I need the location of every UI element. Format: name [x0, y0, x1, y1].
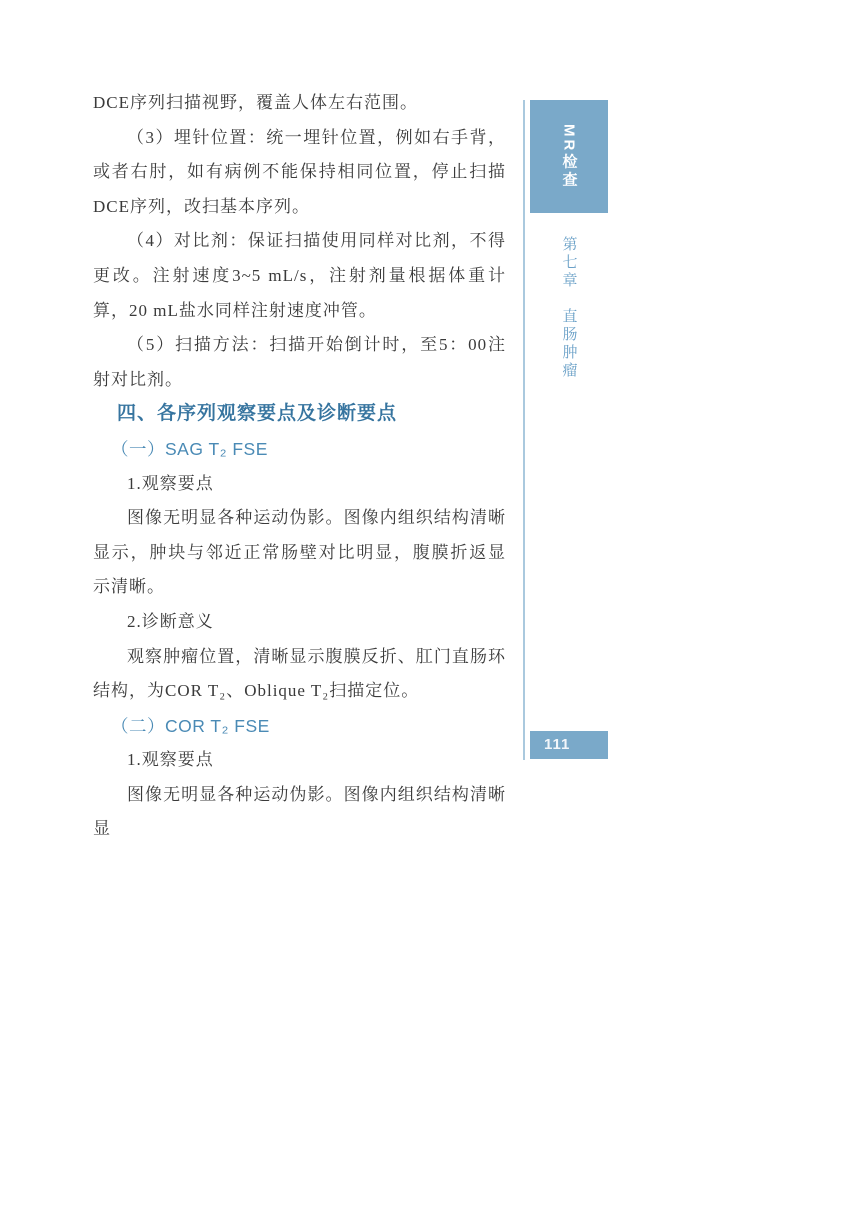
page-number-badge: 111	[530, 731, 608, 759]
paragraph: （3）埋针位置：统一埋针位置，例如右手背，或者右肘，如有病例不能保持相同位置，停…	[93, 121, 506, 225]
main-text-column: DCE序列扫描视野，覆盖人体左右范围。 （3）埋针位置：统一埋针位置，例如右手背…	[93, 86, 506, 847]
sidebar-section-tab: MR检查	[530, 100, 608, 213]
sidebar-chapter-label-text: 第七章 直肠肿瘤	[559, 236, 580, 380]
page-number: 111	[544, 736, 570, 753]
paragraph: 观察肿瘤位置，清晰显示腹膜反折、肛门直肠环结构，为COR T₂、Oblique …	[93, 640, 506, 709]
section-heading: 四、各序列观察要点及诊断要点	[93, 397, 506, 432]
subsection-heading: （一）SAG T₂ FSE	[93, 432, 506, 467]
sidebar-chapter-label: 第七章 直肠肿瘤	[530, 228, 608, 388]
paragraph: （5）扫描方法：扫描开始倒计时，至5：00注射对比剂。	[93, 328, 506, 397]
book-page: DCE序列扫描视野，覆盖人体左右范围。 （3）埋针位置：统一埋针位置，例如右手背…	[0, 0, 867, 1218]
paragraph: 1.观察要点	[93, 743, 506, 778]
paragraph: 图像无明显各种运动伪影。图像内组织结构清晰显	[93, 778, 506, 847]
subsection-heading: （二）COR T₂ FSE	[93, 709, 506, 744]
paragraph: 2.诊断意义	[93, 605, 506, 640]
sidebar-divider-rule	[523, 100, 525, 760]
paragraph: 图像无明显各种运动伪影。图像内组织结构清晰显示，肿块与邻近正常肠壁对比明显，腹膜…	[93, 501, 506, 605]
paragraph: （4）对比剂：保证扫描使用同样对比剂，不得更改。注射速度3~5 mL/s，注射剂…	[93, 224, 506, 328]
sidebar-section-tab-label: MR检查	[559, 124, 580, 189]
paragraph: 1.观察要点	[93, 467, 506, 502]
paragraph: DCE序列扫描视野，覆盖人体左右范围。	[93, 86, 506, 121]
